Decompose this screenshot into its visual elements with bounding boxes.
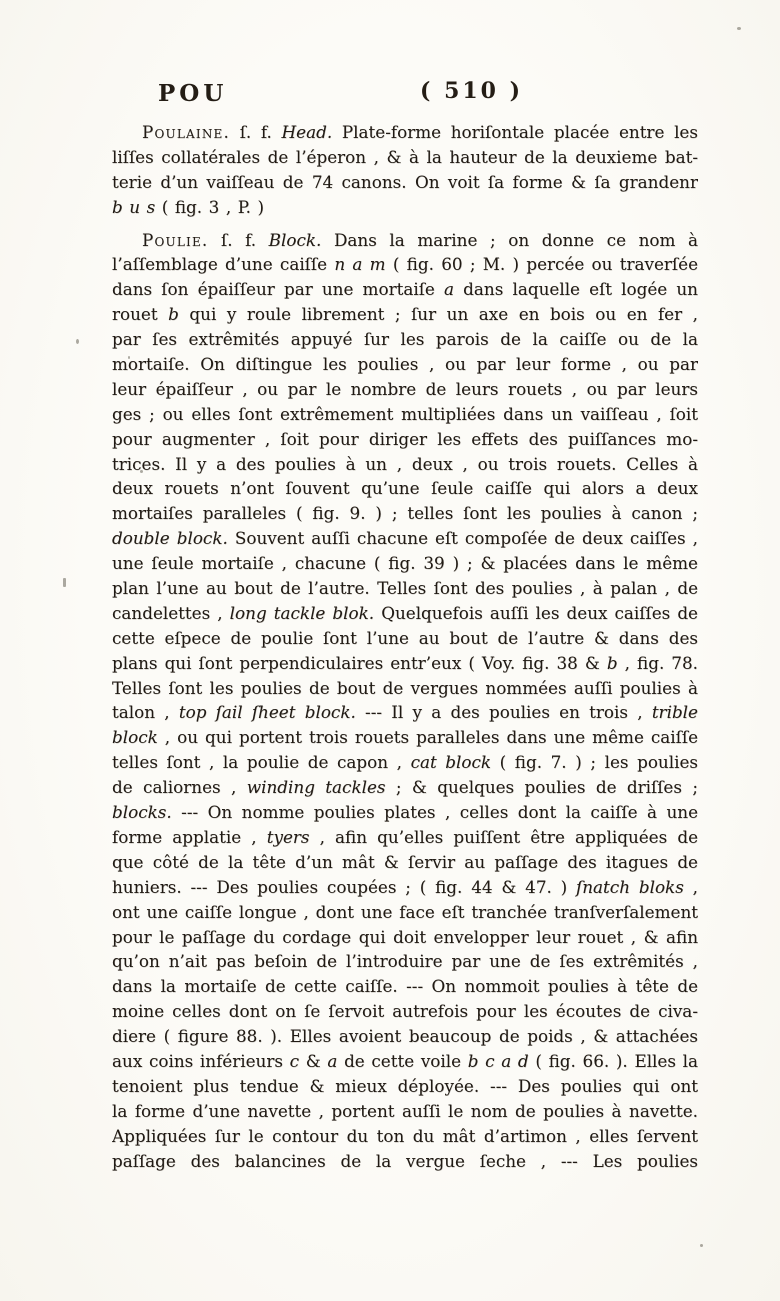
body-text: pour augmenter , ſoit pour diriger les e…	[112, 429, 698, 449]
body-text: Dans la marine ; on donne ce nom à	[321, 230, 698, 250]
text-line: que côté de la tête d’un mât & ſervir au…	[112, 850, 698, 875]
body-text: dans ſon épaiſſeur par une mortaiſe	[112, 279, 444, 299]
text-line: la forme d’une navette , portent auſſi l…	[112, 1099, 698, 1124]
body-text: ont une caiſſe longue , dont une face eſ…	[112, 902, 698, 925]
text-block: Poulaine. ſ. f. Head. Plate-forme horiſo…	[112, 120, 698, 1173]
text-line: Poulie. ſ. f. Block. Dans la marine ; on…	[112, 228, 698, 253]
text-line: Poulaine. ſ. f. Head. Plate-forme horiſo…	[112, 120, 698, 145]
text-line: mortaiſes paralleles ( fig. 9. ) ; telle…	[112, 501, 698, 526]
body-text: qu’on n’ait pas beſoin de l’introduire p…	[112, 951, 698, 971]
body-text: ( fig. 7. ) ; les poulies	[491, 752, 698, 772]
text-line: pour augmenter , ſoit pour diriger les e…	[112, 427, 698, 452]
body-text: une ſeule mortaiſe , chacune ( fig. 39 )…	[112, 553, 698, 573]
text-line: plan l’une au bout de l’autre. Telles ſo…	[112, 576, 698, 601]
body-text: mortaiſes paralleles ( fig. 9. ) ; telle…	[112, 503, 698, 523]
text-line: rouet b qui y roule librement ; ſur un a…	[112, 302, 698, 327]
text-line: liſſes collatérales de l’éperon , & à la…	[112, 145, 698, 170]
text-line: mortaiſe. On diſtingue les poulies , ou …	[112, 352, 698, 377]
running-header: POU	[158, 80, 227, 107]
italic-term: cat block	[411, 752, 492, 772]
text-line: cette eſpece de poulie ſont l’une au bou…	[112, 626, 698, 651]
body-text: dans laquelle eſt logée un	[454, 279, 698, 299]
text-line: l’aſſemblage d’une caiſſe n a m ( fig. 6…	[112, 252, 698, 277]
body-text: qui y roule librement ; ſur un axe en bo…	[179, 304, 698, 324]
text-line: dans ſon épaiſſeur par une mortaiſe a da…	[112, 277, 698, 302]
italic-term: double block.	[112, 528, 228, 548]
entry-headword: Poulaine.	[142, 122, 230, 142]
text-line: ont une caiſſe longue , dont une face eſ…	[112, 900, 698, 925]
text-line: une ſeule mortaiſe , chacune ( fig. 39 )…	[112, 551, 698, 576]
italic-term: Head.	[282, 122, 333, 142]
document-page: POU ( 510 ) Poulaine. ſ. f. Head. Plate-…	[0, 0, 780, 1301]
body-text: ( fig. 3 , P. )	[155, 197, 264, 217]
body-text: rouet	[112, 304, 168, 324]
italic-term: tyers	[267, 827, 310, 847]
body-text: ſ. f.	[230, 122, 282, 142]
italic-term: ſnatch bloks	[576, 877, 684, 897]
body-text: telles ſont , la poulie de capon ,	[112, 752, 411, 772]
body-text: ( fig. 66. ). Elles la	[529, 1051, 698, 1071]
body-text: talon ,	[112, 702, 179, 722]
italic-term: trible	[652, 702, 698, 722]
body-text: ( fig. 60 ; M. ) percée ou traverſée	[386, 254, 698, 274]
body-text: &	[299, 1051, 327, 1071]
italic-term: b u s	[112, 197, 155, 217]
body-text: pour le paſſage du cordage qui doit enve…	[112, 927, 698, 947]
text-line: qu’on n’ait pas beſoin de l’introduire p…	[112, 949, 698, 974]
body-text: liſſes collatérales de l’éperon , & à la…	[112, 147, 698, 167]
body-text: Plate-forme horiſontale placée entre les	[332, 122, 698, 142]
text-line: Telles ſont les poulies de bout de vergu…	[112, 676, 698, 701]
body-text: paſſage des balancines de la vergue ſech…	[112, 1151, 698, 1174]
body-text: Quelquefois auſſi les deux caiſſes de	[374, 603, 698, 623]
body-text: la forme d’une navette , portent auſſi l…	[112, 1101, 698, 1121]
text-line: par ſes extrêmités appuyé ſur les parois…	[112, 327, 698, 352]
italic-term: long tackle blok.	[230, 603, 374, 623]
body-text: l’aſſemblage d’une caiſſe	[112, 254, 334, 274]
body-text: aux coins inférieurs	[112, 1051, 290, 1071]
text-line: talon , top ſail ſheet block. --- Il y a…	[112, 700, 698, 725]
body-text: ,	[684, 877, 698, 897]
text-line: tenoient plus tendue & mieux déployée. -…	[112, 1074, 698, 1099]
italic-term: b c a d	[468, 1051, 529, 1071]
body-text: tenoient plus tendue & mieux déployée. -…	[112, 1076, 698, 1096]
body-text: ; & quelques poulies de driſſes ;	[386, 777, 698, 797]
text-line: b u s ( fig. 3 , P. )	[112, 195, 698, 220]
scan-speck	[63, 578, 66, 587]
text-line: forme applatie , tyers , afin qu’elles p…	[112, 825, 698, 850]
body-text: ges ; ou elles ſont extrêmement multipli…	[112, 404, 698, 424]
body-text: mortaiſe. On diſtingue les poulies , ou …	[112, 354, 698, 374]
body-text: cette eſpece de poulie ſont l’une au bou…	[112, 628, 698, 648]
body-text: leur épaiſſeur , ou par le nombre de leu…	[112, 379, 698, 402]
body-text: huniers. --- Des poulies coupées ; ( fig…	[112, 877, 576, 897]
italic-term: winding tackles	[247, 777, 386, 797]
body-text: candelettes ,	[112, 603, 230, 623]
italic-term: b	[168, 304, 179, 324]
italic-term: block	[112, 727, 158, 747]
body-text: par ſes extrêmités appuyé ſur les parois…	[112, 329, 698, 349]
text-line: huniers. --- Des poulies coupées ; ( fig…	[112, 875, 698, 900]
italic-term: a	[444, 279, 454, 299]
text-line: block , ou qui portent trois rouets para…	[112, 725, 698, 750]
italic-term: Block.	[269, 230, 322, 250]
italic-term: blocks.	[112, 802, 172, 822]
body-text: deux rouets n’ont ſouvent qu’une ſeule c…	[112, 478, 698, 498]
body-text: forme applatie ,	[112, 827, 267, 847]
scan-speck	[140, 470, 143, 473]
body-text: que côté de la tête d’un mât & ſervir au…	[112, 852, 698, 872]
text-line: diere ( figure 88. ). Elles avoient beau…	[112, 1024, 698, 1049]
text-line: moine celles dont on ſe ſervoit autrefoi…	[112, 999, 698, 1024]
italic-term: top ſail ſheet block.	[179, 702, 356, 722]
page-number: ( 510 )	[420, 78, 523, 104]
text-line: pour le paſſage du cordage qui doit enve…	[112, 925, 698, 950]
text-line: aux coins inférieurs c & a de cette voil…	[112, 1049, 698, 1074]
italic-term: n a m	[334, 254, 385, 274]
text-line: dans la mortaiſe de cette caiſſe. --- On…	[112, 974, 698, 999]
body-text: de cette voile	[337, 1051, 467, 1071]
body-text: , ou qui portent trois rouets paralleles…	[112, 727, 698, 750]
body-text: diere ( figure 88. ). Elles avoient beau…	[112, 1026, 698, 1046]
text-line: de caliornes , winding tackles ; & quelq…	[112, 775, 698, 800]
entry-headword: Poulie.	[142, 230, 208, 250]
body-text: Appliquées ſur le contour du ton du mât …	[112, 1126, 698, 1149]
text-line: leur épaiſſeur , ou par le nombre de leu…	[112, 377, 698, 402]
text-line: paſſage des balancines de la vergue ſech…	[112, 1149, 698, 1174]
body-text: de caliornes ,	[112, 777, 247, 797]
italic-term: c	[290, 1051, 299, 1071]
body-text: moine celles dont on ſe ſervoit autrefoi…	[112, 1001, 698, 1021]
body-text: Telles ſont les poulies de bout de vergu…	[112, 678, 698, 698]
text-line: double block. Souvent auſſi chacune eſt …	[112, 526, 698, 551]
scan-speck	[76, 339, 79, 344]
text-line: ges ; ou elles ſont extrêmement multipli…	[112, 402, 698, 427]
body-text: --- On nomme poulies plates , celles don…	[172, 802, 698, 822]
body-text: plan l’une au bout de l’autre. Telles ſo…	[112, 578, 698, 598]
text-line: deux rouets n’ont ſouvent qu’une ſeule c…	[112, 476, 698, 501]
body-text: ſ. f.	[208, 230, 268, 250]
scan-speck	[700, 1244, 703, 1247]
italic-term: b	[607, 653, 618, 673]
body-text: trices. Il y a des poulies à un , deux ,…	[112, 454, 698, 474]
body-text: --- Il y a des poulies en trois ,	[356, 702, 652, 722]
scan-speck	[128, 356, 130, 359]
text-line: plans qui ſont perpendiculaires entr’eux…	[112, 651, 698, 676]
italic-term: a	[327, 1051, 337, 1071]
scan-speck	[122, 640, 124, 643]
text-line: Appliquées ſur le contour du ton du mât …	[112, 1124, 698, 1149]
text-line: blocks. --- On nomme poulies plates , ce…	[112, 800, 698, 825]
text-line: trices. Il y a des poulies à un , deux ,…	[112, 452, 698, 477]
body-text: dans la mortaiſe de cette caiſſe. --- On…	[112, 976, 698, 996]
text-line: candelettes , long tackle blok. Quelquef…	[112, 601, 698, 626]
scan-speck	[737, 27, 741, 30]
body-text: plans qui ſont perpendiculaires entr’eux…	[112, 653, 607, 673]
body-text: terie d’un vaiſſeau de 74 canons. On voi…	[112, 172, 698, 195]
text-line: telles ſont , la poulie de capon , cat b…	[112, 750, 698, 775]
text-line: terie d’un vaiſſeau de 74 canons. On voi…	[112, 170, 698, 195]
